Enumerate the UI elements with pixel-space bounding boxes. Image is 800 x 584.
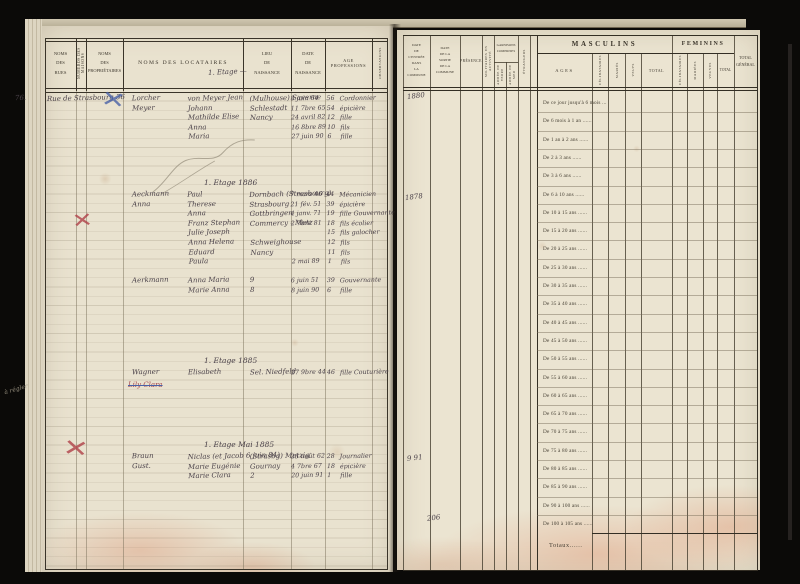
ages-line: 56 (326, 94, 334, 104)
birthplaces-line: 9 (250, 276, 255, 286)
owner-name-line: Meyer (132, 103, 160, 113)
tenant-names-line: Anna Helena (188, 237, 240, 248)
tenant-names-line: Anna Maria (188, 275, 230, 286)
birthdates: 6 juin 518 juin 90 (291, 276, 320, 296)
birthdates-line: 2 7bre 81 (291, 218, 323, 228)
ages-line: 39 (326, 200, 334, 210)
birthdates-line: 20 juin 91 (291, 471, 325, 481)
ages: 396 (327, 276, 335, 295)
scanned-census-register-photo: NOMS DES RUES NUMÉROS DES MAISONS NOMS D… (0, 0, 800, 584)
professions-line: fille Gouvernante (340, 209, 395, 220)
age-bracket-label: De 2 à 3 ans ...... (543, 149, 653, 167)
owner-name-line: Braun (132, 452, 154, 462)
age-bracket-label: De 15 à 20 ans ...... (543, 222, 653, 240)
crossed-out-name: Lily Clara (128, 381, 163, 389)
ages-line: 19 (327, 209, 335, 219)
register-right-page: DATE DE L'ENTRÉE DANS LA COMMUNE DATE DE… (397, 30, 760, 570)
tenant-names-line: von Meyer Jean (187, 93, 243, 104)
professions: Journalierépicièrefille (340, 452, 373, 482)
handwritten-entries: 76.Rue de Strasbourg 36LorcherMeyervon M… (42, 26, 393, 572)
age-bracket-label: De 25 à 30 ans ...... (543, 259, 653, 277)
margin-number: 76. (15, 94, 26, 104)
ages-line: 39 (327, 276, 335, 286)
ages-line: 1 (328, 257, 336, 267)
professions: Mécanicienépicièrefille Gouvernantefils … (339, 189, 396, 267)
tenant-names-line: Elisabeth (188, 368, 222, 378)
owner-name: Wagner (132, 368, 159, 378)
birthdates-line: 28 août 62 (291, 452, 325, 462)
owner-name: LorcherMeyer (132, 94, 161, 114)
age-bracket-label: De 40 à 45 ans ...... (543, 314, 653, 332)
age-bracket-label: De 3 à 6 ans ...... (543, 167, 653, 185)
birthdates: 8 juin 6411 7bre 6524 avril 8216 8bre 89… (290, 94, 326, 143)
professions-line: fille (340, 471, 372, 481)
owner-name-line: Aerkmann (132, 276, 169, 286)
ages-line: 11 (327, 247, 335, 257)
age-bracket-label: De 55 à 60 ans ...... (543, 369, 653, 387)
register-left-page: NOMS DES RUES NUMÉROS DES MAISONS NOMS D… (42, 26, 393, 572)
age-bracket-label: De 65 à 70 ans ...... (543, 405, 653, 423)
birthdates: 27 9bre 44 (291, 368, 326, 378)
age-bracket-label: De 100 à 105 ans ...... (543, 515, 653, 533)
totaux-label: Totaux...... (549, 542, 583, 549)
ages-line: 28 (327, 452, 335, 462)
birthdates-line: 27 juin 90 (291, 132, 326, 142)
ages-line: 44 (326, 190, 334, 200)
ages-line: 6 (327, 132, 335, 142)
age-bracket-label: De 20 à 25 ans ...... (543, 240, 653, 258)
blue-cross-mark: ✕ (99, 88, 127, 113)
ages: 443919181512111 (326, 190, 336, 267)
professions-line: Journalier (340, 452, 372, 462)
professions-line: fille Couturière (340, 367, 389, 378)
ages: 28181 (327, 452, 336, 481)
age-bracket-label: De ce jour jusqu'à 6 mois ... (543, 94, 653, 112)
professions-line: Cordonnier (339, 94, 376, 104)
page-edge-sliver (788, 44, 792, 540)
ages-line: 6 (327, 285, 335, 295)
ages: 565412106 (326, 94, 335, 142)
handwritten-annotation: 206 (427, 513, 441, 523)
ages-line: 18 (327, 461, 335, 471)
page-stack-edge-left (25, 19, 42, 572)
age-bracket-label: De 90 à 100 ans ...... (543, 497, 653, 515)
birthdates-line: 24 avril 82 (291, 113, 326, 123)
rule-line (403, 570, 758, 571)
ages-line: 1 (327, 471, 335, 481)
birthdates: 28 août 624 7bre 6720 juin 91 (291, 452, 326, 482)
professions-line: fils (341, 256, 396, 267)
age-bracket-label: De 1 an à 2 ans ...... (543, 131, 653, 149)
owner-name-line: Lorcher (132, 94, 160, 104)
age-bracket-label: De 6 mois à 1 an ...... (543, 112, 653, 130)
ages-line: 15 (327, 228, 335, 238)
age-bracket-rows: De ce jour jusqu'à 6 mois ...De 6 mois à… (397, 30, 760, 570)
age-bracket-label: De 6 à 10 ans ...... (543, 186, 653, 204)
owner-name-line: Wagner (132, 368, 159, 378)
professions-line: fille (340, 285, 382, 296)
birthplaces: Sel. Niedfeld (250, 367, 296, 378)
age-bracket-label: De 60 à 65 ans ...... (543, 387, 653, 405)
birthdates-line: 7 mars 46 (290, 190, 322, 200)
ages-line: 12 (327, 238, 335, 248)
birthdates-line: 27 9bre 44 (291, 368, 326, 378)
owner-name: Aerkmann (132, 276, 169, 286)
tenant-names: PaulThereseAnnaFranz StephanJulie Joseph… (187, 189, 241, 267)
tenant-names-line: Mathilde Elise (188, 113, 244, 124)
professions: fille Couturière (340, 367, 389, 378)
margin-number-line: 76. (15, 94, 26, 104)
professions-line: Gouvernante (340, 275, 382, 286)
birthdates-line: 4 janv. 71 (291, 209, 323, 219)
birthplaces-line: Sel. Niedfeld (250, 367, 296, 378)
professions: Gouvernantefille (340, 275, 382, 295)
etage-heading: 1. Etage Mai 1885 (204, 440, 274, 449)
tenant-names: von Meyer JeanJohannMathilde EliseAnnaMa… (187, 93, 244, 142)
age-bracket-label: De 50 à 55 ans ...... (543, 350, 653, 368)
birthplaces-line: 8 (250, 286, 255, 296)
birthplaces: 98 (250, 276, 255, 295)
age-bracket-label: De 85 à 90 ans ...... (543, 478, 653, 496)
ages-line: 12 (327, 113, 335, 123)
age-bracket-label: De 70 à 75 ans ...... (543, 423, 653, 441)
tenant-names-line: Paula (189, 257, 241, 268)
owner-name: BraunGust. (132, 452, 154, 472)
ages-line: 54 (327, 104, 335, 114)
professions-line: fille (340, 132, 377, 142)
etage-heading: 1. Etage 1885 (204, 356, 257, 365)
ages: 46 (327, 368, 335, 378)
ages-line: 10 (327, 123, 335, 133)
birthdates: 7 mars 4621 fév. 514 janv. 712 7bre 812 … (290, 190, 324, 268)
ages-line: 46 (327, 368, 335, 378)
red-cross-mark: ✕ (61, 437, 89, 463)
age-bracket-label: De 75 à 80 ans ...... (543, 442, 653, 460)
age-bracket-label: De 30 à 35 ans ...... (543, 277, 653, 295)
age-bracket-label: De 45 à 50 ans ...... (543, 332, 653, 350)
age-bracket-label: De 10 à 15 ans ...... (543, 204, 653, 222)
professions: Cordonnierépicièrefillefilsfille (339, 94, 376, 143)
tenant-names: Anna MariaMarie Anna (188, 275, 230, 295)
age-bracket-label: De 80 à 85 ans ...... (543, 460, 653, 478)
birthdates-line: 8 juin 90 (291, 285, 319, 295)
owner-name-line: Gust. (132, 461, 154, 471)
tenant-names: Elisabeth (188, 368, 222, 378)
tenant-names-line: Marie Anna (188, 285, 230, 296)
age-bracket-label: De 35 à 40 ans ...... (543, 295, 653, 313)
birthdates-line: 6 juin 51 (291, 276, 319, 286)
red-cross-mark: ✕ (71, 209, 94, 231)
ages-line: 18 (327, 219, 335, 229)
birthdates-line: 2 mai 89 (292, 257, 324, 267)
